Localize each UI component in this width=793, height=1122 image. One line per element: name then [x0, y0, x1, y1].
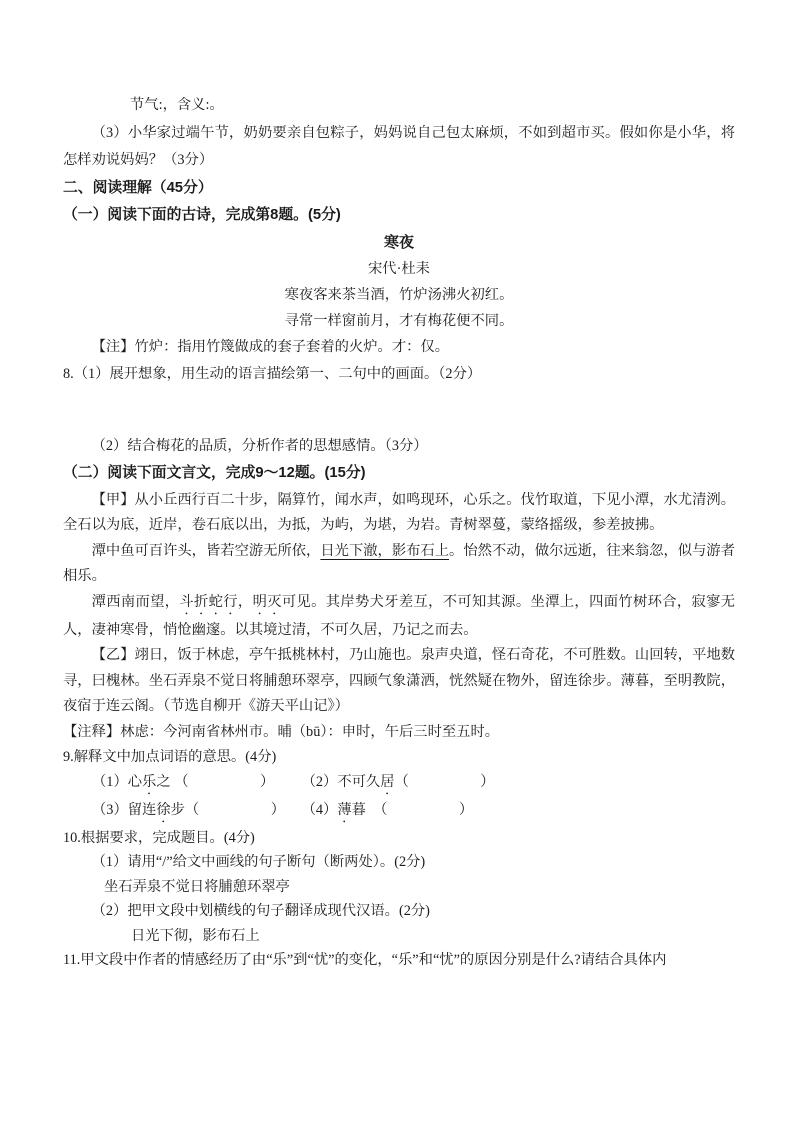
- text-segment: （3）留连: [92, 802, 156, 818]
- text-segment: （1）心: [92, 774, 142, 790]
- passage-jia-paragraph-2: 潭中鱼可百许头，皆若空游无所依，日光下澈，影布石上。怡然不动，做尔远逝，往来翁忽…: [63, 539, 735, 590]
- question-9-item-4: （4）薄暮 （ ）: [302, 802, 474, 818]
- question-9-item-1: （1）心乐之 （ ）: [92, 770, 298, 798]
- passage-jia-paragraph-3: 潭西南而望，斗折蛇行，明灭可见。其岸势犬牙差互，不可知其源。坐潭上，四面竹树环合…: [63, 590, 735, 644]
- text-segment: 潭西南而望，: [92, 594, 180, 610]
- poem-title: 寒夜: [63, 230, 735, 256]
- part-1-heading: （一）阅读下面的古诗，完成第8题。(5分): [63, 202, 735, 230]
- question-8-1: 8.（1）展开想象，用生动的语言描绘第一、二句中的画面。（2分）: [63, 361, 735, 389]
- text-segment: （4）: [302, 802, 338, 818]
- text-segment: 步（ ）: [171, 802, 285, 818]
- question-10-1: （1）请用“/”给文中画线的句子断句（断两处）。(2分): [63, 850, 735, 875]
- dotted-emphasis-text: 居: [380, 774, 394, 790]
- passage-note: 【注释】林虑：今河南省林州市。晡（bū）：申时，午后三时至五时。: [63, 720, 735, 746]
- poem-line-1: 寒夜客来茶当酒，竹炉汤沸火初红。: [63, 282, 735, 308]
- poem-line-2: 寻常一样窗前月，才有梅花便不同。: [63, 308, 735, 334]
- question-10-2-sentence: 日光下彻，影布石上: [131, 924, 735, 949]
- text-segment: ，: [238, 594, 253, 610]
- dotted-emphasis-text: 徐: [156, 802, 170, 818]
- text-segment: （ ）: [395, 774, 495, 790]
- dotted-emphasis-text: 明灭: [253, 594, 282, 610]
- question-9-stem: 9.解释文中加点词语的意思。(4分): [63, 745, 735, 770]
- question-9-row-2: （3）留连徐步（ ） （4）薄暮 （ ）: [92, 798, 735, 826]
- poem-author: 宋代·杜耒: [63, 256, 735, 282]
- dotted-emphasis-text: 斗折蛇行: [179, 594, 238, 610]
- text-segment: 【甲】从小丘西行百二十步，隔算竹，闻水声，如鸣现环，心乐之。伐竹取道，下见小潭，…: [63, 492, 735, 534]
- part-2-heading: （二）阅读下面文言文，完成9～12题。(15分): [63, 460, 735, 488]
- text-segment: （2）不可久: [302, 774, 381, 790]
- question-10-2: （2）把甲文段中划横线的句子翻译成现代汉语。(2分): [63, 899, 735, 924]
- text-segment: 潭中鱼可百许头，皆若空游无所依，: [92, 543, 321, 559]
- dotted-emphasis-text: 薄: [337, 802, 351, 818]
- text-segment: 暮 （ ）: [352, 802, 474, 818]
- passage-yi-paragraph: 【乙】翊日，饭于林虑，亭午抵桃林村，乃山施也。泉声央道，怪石奇花，不可胜数。山回…: [63, 643, 735, 720]
- text-segment: 【乙】翊日，饭于林虑，亭午抵桃林村，乃山施也。泉声央道，怪石奇花，不可胜数。山回…: [63, 647, 735, 714]
- question-9-item-2: （2）不可久居（ ）: [302, 774, 495, 790]
- question-10-1-sentence: 坐石弄泉不觉日将脯憩环翠亭: [104, 875, 735, 900]
- question-11: 11.甲文段中作者的情感经历了由“乐”到“忧”的变化，“乐”和“忧”的原因分别是…: [63, 948, 735, 973]
- classical-passage: 【甲】从小丘西行百二十步，隔算竹，闻水声，如鸣现环，心乐之。伐竹取道，下见小潭，…: [63, 488, 735, 746]
- question-zongzi: （3）小华家过端午节，奶奶要亲自包粽子，妈妈说自己包太麻烦，不如到超市买。假如你…: [63, 120, 735, 175]
- questions-block: 9.解释文中加点词语的意思。(4分) （1）心乐之 （ ） （2）不可久居（ ）…: [63, 745, 735, 973]
- poem-block: 寒夜 宋代·杜耒 寒夜客来茶当酒，竹炉汤沸火初红。 寻常一样窗前月，才有梅花便不…: [63, 230, 735, 334]
- section-2-title: 二、阅读理解（45分）: [63, 175, 735, 203]
- passage-jia-paragraph-1: 【甲】从小丘西行百二十步，隔算竹，闻水声，如鸣现环，心乐之。伐竹取道，下见小潭，…: [63, 488, 735, 539]
- poem-note: 【注】竹炉：指用竹篾做成的套子套着的火炉。才：仅。: [63, 334, 735, 362]
- underlined-text: 日光下澈，影布石上: [320, 543, 449, 559]
- dotted-emphasis-text: 乐: [142, 774, 156, 790]
- exam-page: 节气:，含义:。 （3）小华家过端午节，奶奶要亲自包粽子，妈妈说自己包太麻烦，不…: [0, 0, 793, 1122]
- question-8-2: （2）结合梅花的品质，分析作者的思想感情。（3分）: [63, 433, 735, 461]
- question-9-row-1: （1）心乐之 （ ） （2）不可久居（ ）: [92, 770, 735, 798]
- question-10-stem: 10.根据要求，完成题目。(4分): [63, 826, 735, 851]
- text-segment: 之 （ ）: [156, 774, 274, 790]
- question-9-item-3: （3）留连徐步（ ）: [92, 798, 298, 826]
- jieqi-blank-line: 节气:，含义:。: [130, 92, 735, 120]
